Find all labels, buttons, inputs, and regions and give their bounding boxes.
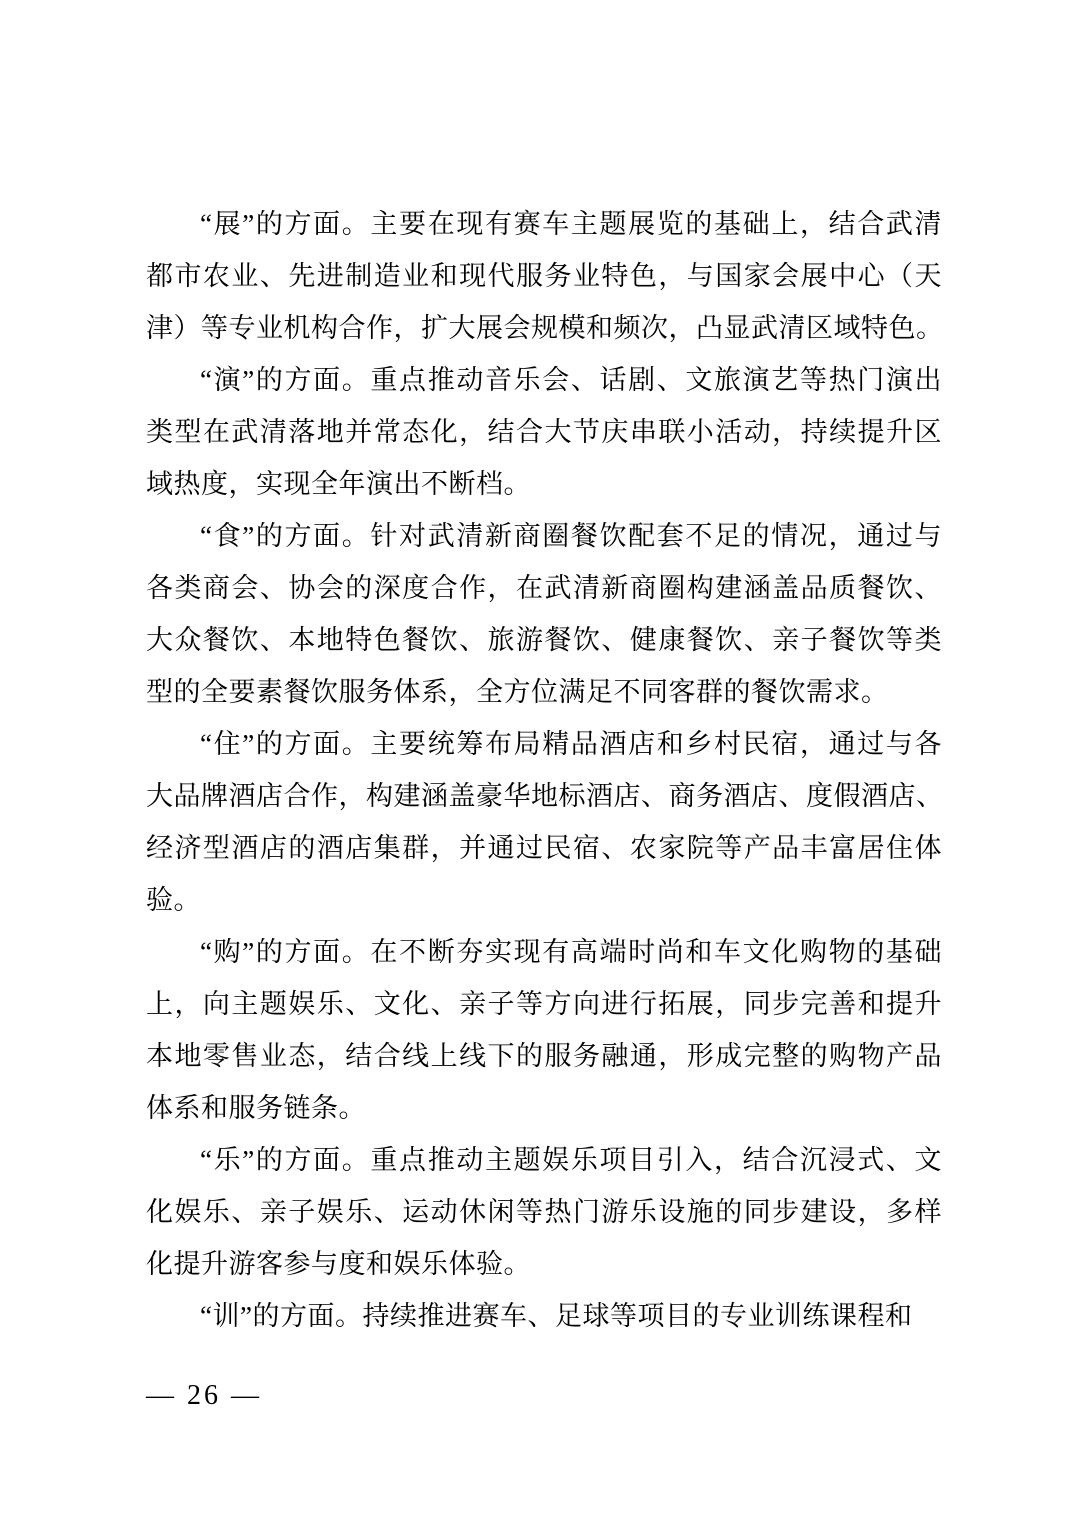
text-line: 验。 [146, 874, 942, 926]
text-line: 上，向主题娱乐、文化、亲子等方向进行拓展，同步完善和提升 [146, 978, 942, 1030]
text-line: 大品牌酒店合作，构建涵盖豪华地标酒店、商务酒店、度假酒店、 [146, 770, 942, 822]
paragraph: “展”的方面。主要在现有赛车主题展览的基础上，结合武清都市农业、先进制造业和现代… [146, 198, 942, 354]
text-line: 大众餐饮、本地特色餐饮、旅游餐饮、健康餐饮、亲子餐饮等类 [146, 614, 942, 666]
text-line: “展”的方面。主要在现有赛车主题展览的基础上，结合武清 [146, 198, 942, 250]
text-line: “购”的方面。在不断夯实现有高端时尚和车文化购物的基础 [146, 926, 942, 978]
text-line: 各类商会、协会的深度合作，在武清新商圈构建涵盖品质餐饮、 [146, 562, 942, 614]
document-body: “展”的方面。主要在现有赛车主题展览的基础上，结合武清都市农业、先进制造业和现代… [146, 198, 942, 1342]
text-line: “演”的方面。重点推动音乐会、话剧、文旅演艺等热门演出 [146, 354, 942, 406]
paragraph: “演”的方面。重点推动音乐会、话剧、文旅演艺等热门演出类型在武清落地并常态化，结… [146, 354, 942, 510]
paragraph: “食”的方面。针对武清新商圈餐饮配套不足的情况，通过与各类商会、协会的深度合作，… [146, 510, 942, 718]
text-line: 型的全要素餐饮服务体系，全方位满足不同客群的餐饮需求。 [146, 666, 942, 718]
text-line: 类型在武清落地并常态化，结合大节庆串联小活动，持续提升区 [146, 406, 942, 458]
text-line: 体系和服务链条。 [146, 1082, 942, 1134]
text-line: 都市农业、先进制造业和现代服务业特色，与国家会展中心（天 [146, 250, 942, 302]
page-number: — 26 — [146, 1376, 262, 1416]
text-line: “食”的方面。针对武清新商圈餐饮配套不足的情况，通过与 [146, 510, 942, 562]
text-line: 本地零售业态，结合线上线下的服务融通，形成完整的购物产品 [146, 1030, 942, 1082]
paragraph: “训”的方面。持续推进赛车、足球等项目的专业训练课程和 [146, 1290, 942, 1342]
text-line: “训”的方面。持续推进赛车、足球等项目的专业训练课程和 [146, 1290, 942, 1342]
text-line: “乐”的方面。重点推动主题娱乐项目引入，结合沉浸式、文 [146, 1134, 942, 1186]
paragraph: “购”的方面。在不断夯实现有高端时尚和车文化购物的基础上，向主题娱乐、文化、亲子… [146, 926, 942, 1134]
text-line: 化提升游客参与度和娱乐体验。 [146, 1238, 942, 1290]
document-page: “展”的方面。主要在现有赛车主题展览的基础上，结合武清都市农业、先进制造业和现代… [0, 0, 1074, 1520]
paragraph: “乐”的方面。重点推动主题娱乐项目引入，结合沉浸式、文化娱乐、亲子娱乐、运动休闲… [146, 1134, 942, 1290]
text-line: 域热度，实现全年演出不断档。 [146, 458, 942, 510]
text-line: 津）等专业机构合作，扩大展会规模和频次，凸显武清区域特色。 [146, 302, 942, 354]
text-line: 化娱乐、亲子娱乐、运动休闲等热门游乐设施的同步建设，多样 [146, 1186, 942, 1238]
text-line: 经济型酒店的酒店集群，并通过民宿、农家院等产品丰富居住体 [146, 822, 942, 874]
text-line: “住”的方面。主要统筹布局精品酒店和乡村民宿，通过与各 [146, 718, 942, 770]
paragraph: “住”的方面。主要统筹布局精品酒店和乡村民宿，通过与各大品牌酒店合作，构建涵盖豪… [146, 718, 942, 926]
